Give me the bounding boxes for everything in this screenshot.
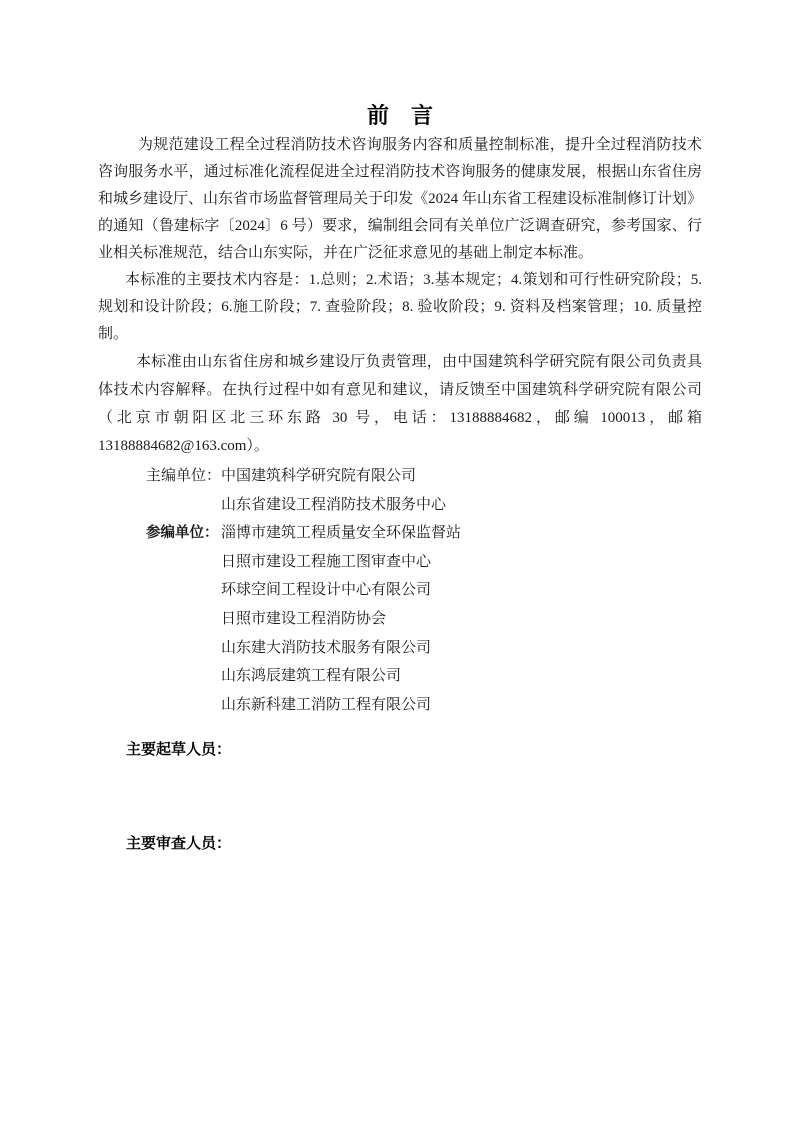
unit-name: 日照市建设工程消防协会: [221, 611, 386, 627]
co-editor-label: 参编单位：: [146, 519, 219, 548]
paragraph-intro: 为规范建设工程全过程消防技术咨询服务内容和质量控制标准，提升全过程消防技术咨询服…: [98, 132, 702, 267]
paragraph-contents: 本标准的主要技术内容是：1.总则；2.术语；3.基本规定；4.策划和可行性研究阶…: [98, 267, 702, 348]
unit-row: 日照市建设工程施工图审查中心: [98, 548, 702, 577]
unit-row: 主编单位： 中国建筑科学研究院有限公司: [98, 462, 702, 491]
unit-name: 中国建筑科学研究院有限公司: [221, 468, 416, 484]
unit-row: 山东新科建工消防工程有限公司: [98, 691, 702, 720]
unit-name: 山东建大消防技术服务有限公司: [221, 640, 431, 656]
foreword-title: 前 言: [98, 100, 702, 132]
foreword-page: 前 言 为规范建设工程全过程消防技术咨询服务内容和质量控制标准，提升全过程消防技…: [0, 0, 800, 1132]
unit-row: 参编单位： 淄博市建筑工程质量安全环保监督站: [98, 519, 702, 548]
unit-row: 山东鸿辰建筑工程有限公司: [98, 662, 702, 691]
unit-name: 环球空间工程设计中心有限公司: [221, 582, 431, 598]
unit-row: 山东建大消防技术服务有限公司: [98, 634, 702, 663]
unit-name: 山东鸿辰建筑工程有限公司: [221, 668, 401, 684]
unit-name: 日照市建设工程施工图审查中心: [221, 554, 431, 570]
unit-name: 山东省建设工程消防技术服务中心: [221, 497, 446, 513]
unit-name: 淄博市建筑工程质量安全环保监督站: [221, 525, 461, 541]
unit-name: 山东新科建工消防工程有限公司: [221, 697, 431, 713]
paragraph-management: 本标准由山东省住房和城乡建设厅负责管理，由中国建筑科学研究院有限公司负责具体技术…: [98, 348, 702, 460]
unit-row: 山东省建设工程消防技术服务中心: [98, 491, 702, 520]
unit-row: 环球空间工程设计中心有限公司: [98, 576, 702, 605]
units-list: 主编单位： 中国建筑科学研究院有限公司 山东省建设工程消防技术服务中心 参编单位…: [98, 462, 702, 719]
reviewers-label: 主要审查人员：: [126, 830, 702, 857]
drafters-label: 主要起草人员：: [126, 736, 702, 763]
chief-editor-label: 主编单位：: [146, 462, 221, 491]
unit-row: 日照市建设工程消防协会: [98, 605, 702, 634]
